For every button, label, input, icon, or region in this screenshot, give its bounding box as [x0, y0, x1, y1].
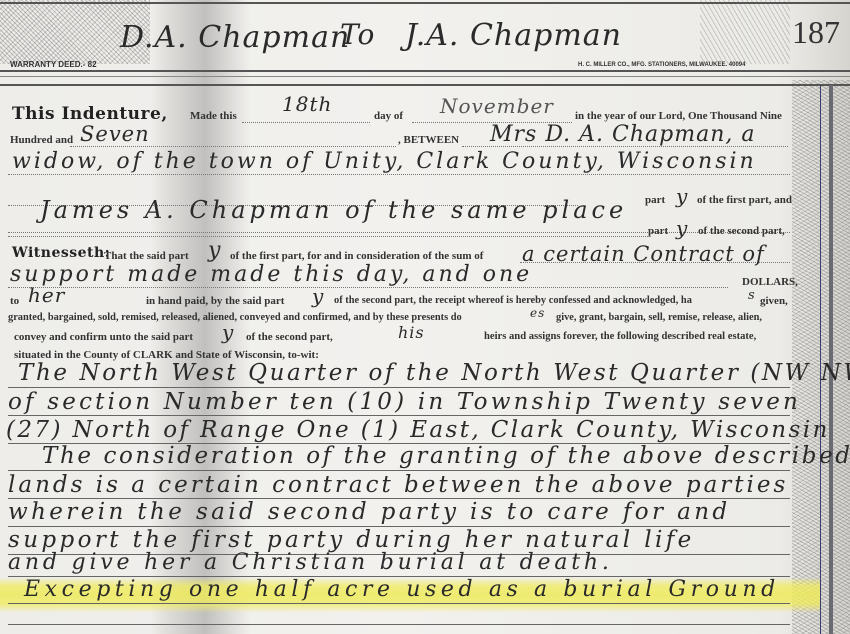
hw-rule-9 [8, 624, 790, 626]
day-value: 18th [282, 92, 332, 116]
header-bottom-rule [0, 70, 850, 72]
hw-rule-8 [8, 603, 790, 605]
part-first-label: part [645, 194, 665, 206]
grantee-title: J.A. Chapman [405, 18, 622, 53]
legal-line: The North West Quarter of the North West… [18, 360, 850, 386]
convey-a: convey and confirm unto the said part [14, 331, 193, 343]
part-second-suffix: y [676, 216, 688, 240]
legal-line: lands is a certain contract between the … [8, 472, 788, 498]
of-first-part: of the first part, and [697, 194, 792, 206]
made-this-label: Made this [190, 110, 237, 122]
part-first-suffix: y [676, 184, 688, 208]
witnesseth-text-b: of the first part, for and in considerat… [230, 250, 483, 262]
hundred-and-label: Hundred and [10, 134, 73, 146]
convey-suffix: y [222, 320, 234, 344]
witnesseth-text-a: That the said part [104, 250, 189, 262]
header-rule-3 [0, 84, 850, 86]
grantee-line: James A. Chapman of the same place [40, 196, 627, 224]
hand-paid-b: of the second part, the receipt whereof … [334, 295, 692, 306]
legal-line-highlighted: Excepting one half acre used as a burial… [24, 577, 780, 602]
to-value: her [28, 283, 65, 307]
hand-paid-suffix: y [312, 284, 324, 308]
to-label: to [10, 295, 19, 307]
indenture-title: This Indenture, [12, 104, 168, 124]
scan-noise-right [700, 0, 790, 64]
grantor-line2-rule [8, 174, 790, 176]
witnesseth-suffix: y [208, 238, 221, 263]
consideration-b: support made made this day, and one [10, 262, 532, 287]
dollars-label: DOLLARS, [742, 276, 798, 288]
consideration-rule-b [8, 287, 728, 289]
year-phrase: in the year of our Lord, One Thousand Ni… [575, 110, 782, 122]
legal-line: wherein the said second party is to care… [8, 499, 731, 525]
witnesseth-label: Witnesseth: [12, 245, 110, 261]
page-number: 187 [792, 14, 840, 51]
granted-line-b: give, grant, bargain, sell, remise, rele… [556, 312, 762, 323]
deed-page: WARRANTY DEED.- 82 D.A. Chapman To J.A. … [0, 0, 850, 634]
year-rule [70, 146, 396, 148]
day-rule [242, 122, 370, 124]
legal-line: The consideration of the granting of the… [42, 443, 850, 469]
given-label: given, [760, 295, 788, 307]
his-value: his [398, 323, 425, 342]
header-top-rule [0, 2, 850, 4]
ha-suffix: s [748, 288, 756, 303]
legal-line: of section Number ten (10) in Township T… [8, 389, 801, 415]
part-second-label: part [648, 225, 668, 237]
of-second-part: of the second part, [698, 225, 785, 237]
do-suffix: es [530, 306, 545, 320]
grantor-title: D.A. Chapman [120, 20, 350, 55]
legal-line: and give her a Christian burial at death… [8, 550, 613, 575]
header-bottom-rule-thin [0, 76, 850, 77]
grantor-line: Mrs D. A. Chapman, a [490, 122, 756, 147]
grantee-rule [8, 232, 790, 234]
between-label: , BETWEEN [398, 134, 459, 146]
hand-paid-a: in hand paid, by the said part [146, 295, 284, 307]
printer-imprint: H. C. MILLER CO., MFG. STATIONERS, MILWA… [578, 62, 745, 68]
consideration-a: a certain Contract of [522, 242, 765, 266]
year-value: Seven [80, 122, 150, 146]
convey-c: heirs and assigns forever, the following… [484, 331, 756, 342]
convey-b: of the second part, [246, 331, 333, 343]
to-word: To [340, 18, 375, 51]
form-label: WARRANTY DEED.- 82 [10, 60, 97, 69]
day-of-label: day of [374, 110, 403, 122]
part-second-rule [8, 236, 648, 238]
grantor-line2: widow, of the town of Unity, Clark Count… [12, 149, 757, 174]
granted-line-a: granted, bargained, sold, remised, relea… [8, 312, 462, 323]
legal-line: (27) North of Range One (1) East, Clark … [6, 417, 830, 443]
month-value: November [440, 94, 554, 118]
scan-noise-margin [792, 80, 850, 634]
